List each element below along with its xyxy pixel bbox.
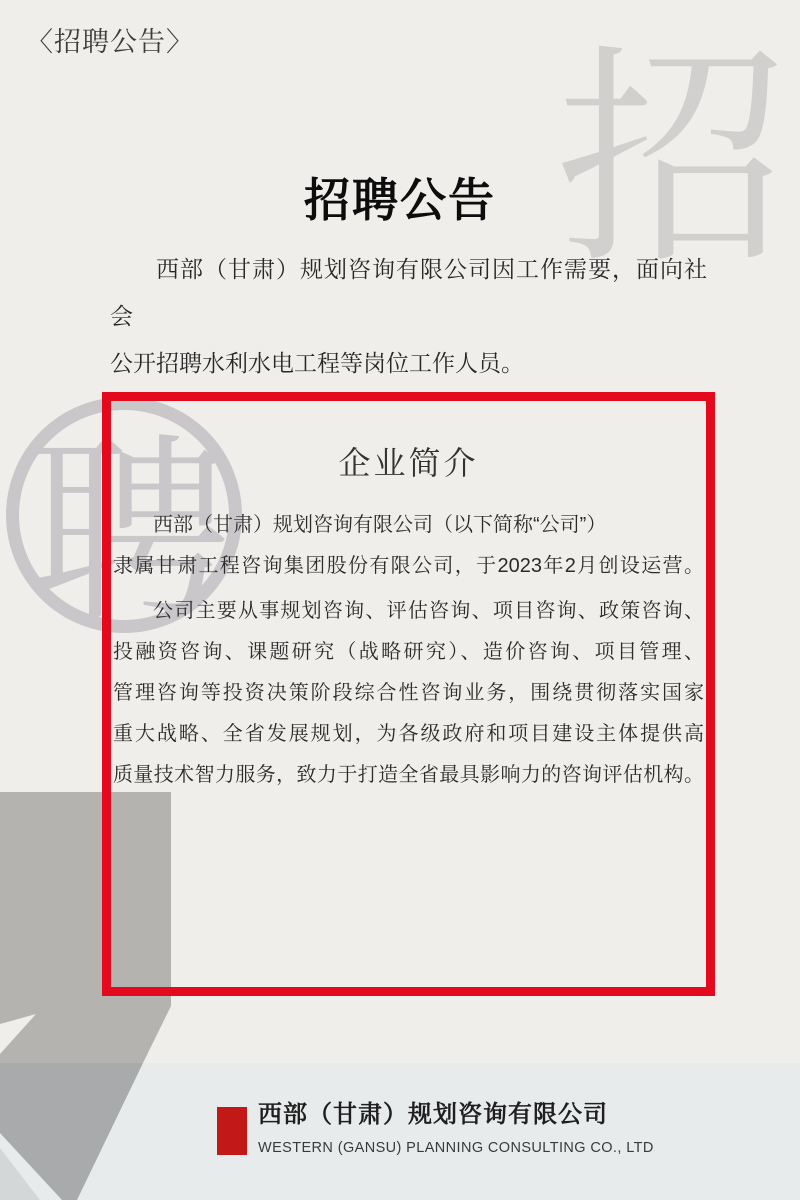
poster-page: 招 聘 〈招聘公告〉 招聘公告 西部（甘肃）规划咨询有限公司因工作需要，面向社会… — [0, 0, 800, 1200]
body-line: 公司主要从事规划咨询、评估咨询、项目咨询、政策咨询、 — [113, 591, 704, 632]
corner-tag: 〈招聘公告〉 — [26, 20, 194, 59]
body-line: 管理咨询等投资决策阶段综合性咨询业务，围绕贯彻落实国家 — [113, 673, 704, 714]
footer: 西部（甘肃）规划咨询有限公司 WESTERN (GANSU) PLANNING … — [0, 1063, 800, 1200]
footer-company-name-en: WESTERN (GANSU) PLANNING CONSULTING CO.,… — [258, 1138, 654, 1158]
logo-red-square — [217, 1107, 247, 1155]
intro-paragraph: 西部（甘肃）规划咨询有限公司因工作需要，面向社会 公开招聘水利水电工程等岗位工作… — [110, 246, 707, 387]
section-body: 西部（甘肃）规划咨询有限公司（以下简称“公司”） 隶属甘肃工程咨询集团股份有限公… — [111, 505, 706, 796]
body-line: 质量技术智力服务，致力于打造全省最具影响力的咨询评估机构。 — [113, 755, 704, 796]
body-line: 西部（甘肃）规划咨询有限公司（以下简称“公司”） — [113, 505, 704, 546]
footer-company-name-cn: 西部（甘肃）规划咨询有限公司 — [258, 1098, 608, 1132]
section-heading: 企业简介 — [111, 447, 706, 479]
page-title: 招聘公告 — [0, 164, 800, 230]
body-line: 隶属甘肃工程咨询集团股份有限公司，于2023年2月创设运营。 — [113, 546, 704, 587]
intro-line: 西部（甘肃）规划咨询有限公司因工作需要，面向社会 — [110, 246, 707, 340]
company-intro-box: 企业简介 西部（甘肃）规划咨询有限公司（以下简称“公司”） 隶属甘肃工程咨询集团… — [102, 392, 715, 996]
body-line: 重大战略、全省发展规划，为各级政府和项目建设主体提供高 — [113, 714, 704, 755]
body-line: 投融资咨询、课题研究（战略研究）、造价咨询、项目管理、 — [113, 632, 704, 673]
watermark-zhao-character: 招 — [556, 44, 788, 276]
intro-line: 公开招聘水利水电工程等岗位工作人员。 — [110, 340, 707, 387]
